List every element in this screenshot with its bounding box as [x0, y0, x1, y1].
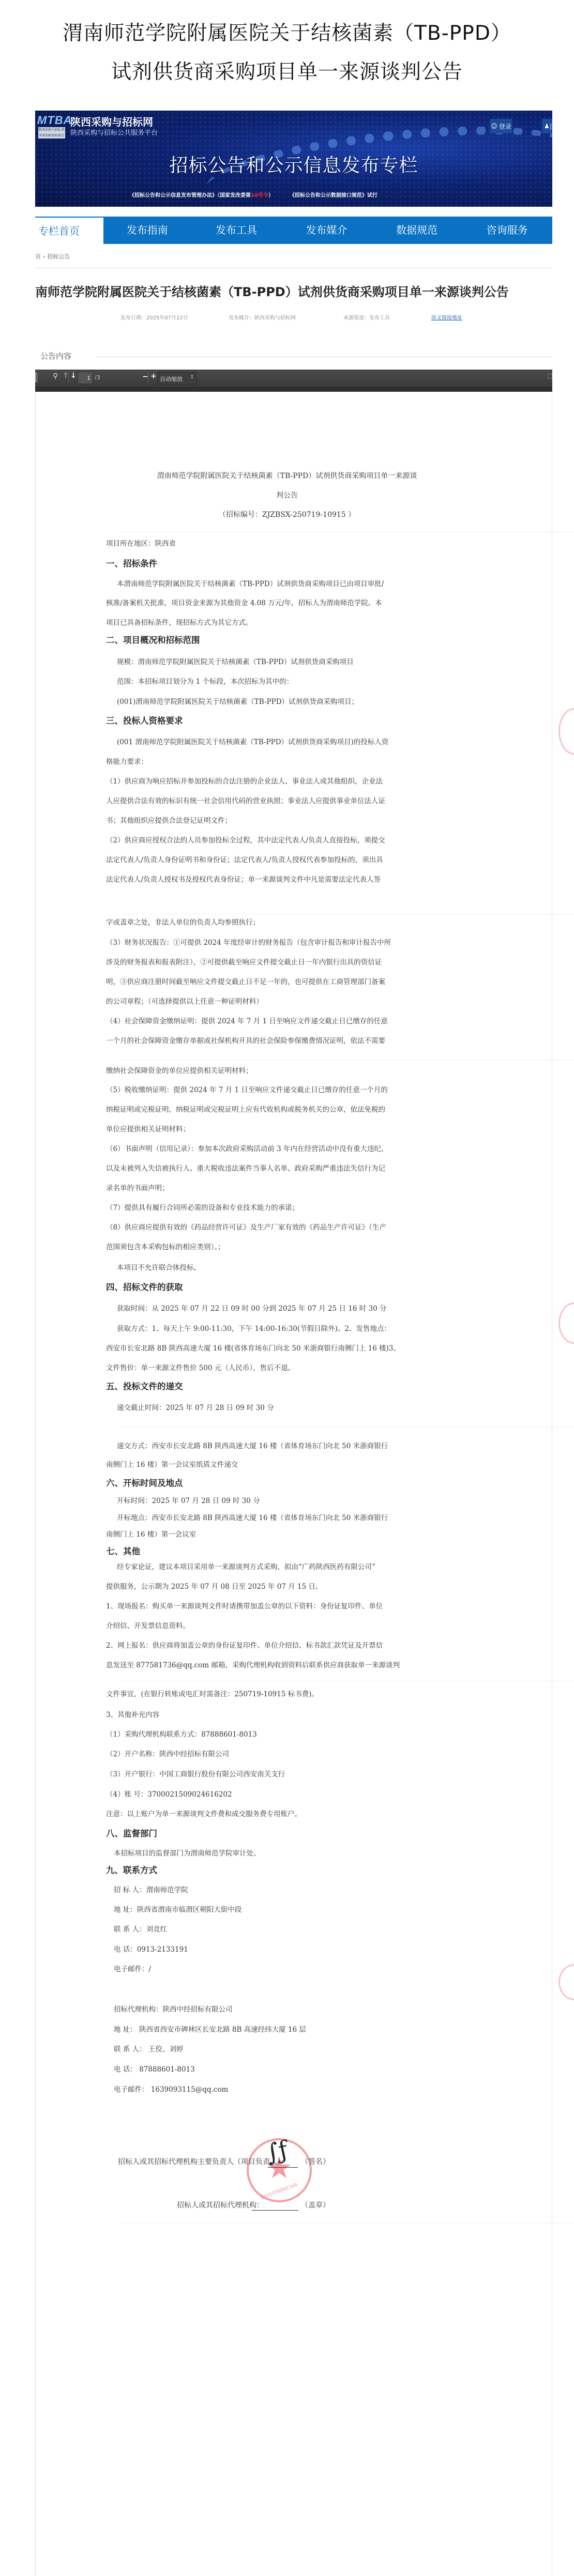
nav-item-tools[interactable]: 发布工具	[191, 217, 282, 244]
seal-suffix: （盖章）	[301, 2200, 330, 2210]
doc-paragraph: 范围：本招标项目划分为 1 个标段，本次招标为其中的：	[117, 676, 293, 686]
select-caret-icon: ↕	[190, 375, 194, 380]
divider	[35, 268, 552, 268]
regulation-link[interactable]: 《招标公告和公示信息发布管理办法》（国家发改委第10号令）	[129, 193, 274, 198]
site-banner: MTBA 陕西采购与招标 陕西省招标投标协会 陕西采购与招标网 陕西采购与招标公…	[35, 111, 552, 207]
doc-paragraph: 文件事宜，(在银行转账或电汇时需备注：250719-10915 标书费)。	[106, 1688, 319, 1698]
doc-paragraph: 本渭南师范学院附属医院关于结核菌素（TB-PPD）试剂供货商采购项目已由项目审批…	[117, 578, 384, 588]
doc-paragraph: 法定代表人/负责人授权书及授权代表身份证；单一来源谈判文件中凡是需要法定代表人签	[106, 873, 381, 884]
page-break	[119, 531, 574, 532]
doc-paragraph: 获取时间：从 2025 年 07 月 22 日 09 时 00 分到 2025 …	[117, 1302, 386, 1313]
article-title: 南师范学院附属医院关于结核菌素（TB-PPD）试剂供货商采购项目单一来源谈判公告	[35, 282, 552, 300]
doc-paragraph: 涉及的财务报表和报表附注），②可提供截至响应文件提交截止日一年内银行出具的资信证	[106, 956, 382, 967]
logo-mark: MTBA	[37, 114, 72, 127]
doc-paragraph: 字或盖章之处，非法人单位的负责人均参照执行；	[106, 916, 260, 927]
doc-paragraph: 递交方式：西安市长安北路 8B 陕西高速大厦 16 楼（省体育场东门向北 50 …	[117, 1440, 388, 1450]
doc-paragraph: 南侧门上 16 楼）第一会议室	[106, 1528, 196, 1539]
doc-paragraph: (001)渭南师范学院附属医院关于结核菌素（TB-PPD）试剂供货商采购项目；	[117, 696, 358, 706]
nav-item-data-spec[interactable]: 数据规范	[372, 217, 462, 244]
doc-heading-3: 三、投标人资格要求	[106, 714, 183, 726]
nav-item-media[interactable]: 发布媒介	[281, 217, 372, 244]
breadcrumb-separator: ›	[43, 253, 45, 260]
doc-paragraph: 录名单的书面声明；	[106, 1182, 169, 1192]
doc-paragraph: 获取方式：1、每天上午 9:00-11:30，下午 14:00-16:30(节假…	[117, 1323, 391, 1333]
doc-paragraph: 文件售价：单一来源文件售价 500 元（人民币），售后不退。	[106, 1362, 295, 1372]
contact-owner-address: 地 址：陕西省渭南市临渭区朝阳大街中段	[114, 1904, 241, 1914]
banner-title: 招标公告和公示信息发布专栏	[35, 151, 552, 177]
page-title-line2: 试剂供货商采购项目单一来源谈判公告	[0, 56, 574, 85]
doc-paragraph: 书；其他组织应提供合法登记证明文件；	[106, 815, 232, 825]
doc-paragraph: （8）供应商应提供有效的《药品经营许可证》及生产厂家有效的《药品生产许可证》（生…	[106, 1221, 386, 1232]
doc-paragraph: 纳税证明或完税证明，纳税证明或完税证明上应有代收机构或税务机关的公章，依法免税的	[106, 1103, 385, 1114]
doc-title-line2: 判公告	[0, 490, 574, 500]
doc-paragraph: 项目已具备招标条件，现招标方式为其它方式。	[106, 617, 253, 627]
doc-paragraph: 法定代表人/负责人身份证明书和身份证；法定代表人/负责人授权代表参加投标的，须出…	[106, 854, 383, 864]
page-break	[119, 914, 574, 914]
doc-paragraph: 2、网上报名：供应商将加盖公章的身份证复印件、单位介绍信、标书款汇款凭证及开票信	[106, 1639, 383, 1650]
section-divider	[96, 357, 552, 357]
logo-subtitle: 陕西采购与招标 陕西省招标投标协会	[38, 127, 65, 139]
doc-paragraph: 格能力要求：	[106, 756, 148, 766]
breadcrumb: 页›招标公告	[35, 252, 70, 260]
doc-paragraph: 本招标项目的监督部门为渭南师范学院审计处。	[114, 1847, 261, 1858]
doc-paragraph: 单位应提供相关证明材料；	[106, 1123, 190, 1133]
partial-seal-edge	[558, 708, 574, 755]
doc-paragraph: 南侧门上 16 楼）第一会议室纸质文件递交	[106, 1459, 238, 1469]
page-title-line1: 渭南师范学院附属医院关于结核菌素（TB-PPD）	[0, 17, 574, 46]
doc-heading-4: 四、招标文件的获取	[106, 1280, 183, 1293]
contact-agent: 招标代理机构：陕西中经招标有限公司	[114, 2003, 233, 2014]
doc-paragraph: （6）书面声明（信用记录）：参加本次政府采购活动前 3 年内在经营活动中没有重大…	[106, 1143, 388, 1153]
sidebar-toggle-icon[interactable]	[35, 373, 37, 382]
fullscreen-icon[interactable]: ⛶	[548, 373, 552, 380]
signature-underline	[268, 2167, 298, 2168]
doc-paragraph: （5）税收缴纳证明：提供 2024 年 7 月 1 日至响应文件递交截止日已缴存…	[106, 1084, 388, 1094]
doc-heading-5: 五、投标文件的递交	[106, 1379, 183, 1392]
page-break	[119, 2222, 574, 2223]
section-label: 公告内容	[40, 350, 71, 361]
site-logo[interactable]: MTBA 陕西采购与招标 陕西省招标投标协会	[37, 114, 66, 139]
nav-item-guide[interactable]: 发布指南	[103, 217, 191, 244]
doc-paragraph: （1）采购代理机构联系方式：87888601-8013	[106, 1728, 257, 1739]
seal-underline	[252, 2210, 298, 2211]
user-circle-icon: ☺	[491, 122, 497, 130]
doc-title-line1: 渭南师范学院附属医院关于结核菌素（TB-PPD）试剂供货商采购项目单一来源谈	[0, 470, 574, 481]
nav-item-consulting[interactable]: 咨询服务	[462, 217, 552, 244]
contact-agent-phone: 电 话： 87888601-8013	[114, 2063, 195, 2074]
pdf-toolbar: ⚲ ↑ ↓ 1 /3 − + 自动缩放 ↕ ⛶	[35, 370, 552, 387]
zoom-select[interactable]: 自动缩放 ↕	[158, 372, 197, 385]
register-label: 注	[550, 122, 552, 131]
partial-seal-edge	[558, 1964, 574, 2000]
login-label: 登录	[499, 122, 511, 131]
main-nav: 专栏首页 发布指南 发布工具 发布媒介 数据规范 咨询服务	[35, 217, 552, 244]
doc-paragraph: 西安市长安北路 8B 陕西高速大厦 16 楼(省体育场东门向北 50 米浙商银行…	[106, 1342, 400, 1353]
page-break	[119, 1427, 574, 1427]
breadcrumb-home[interactable]: 页	[35, 253, 41, 260]
page-break	[119, 1060, 574, 1060]
doc-paragraph: （4）社会保障资金缴纳证明：提供 2024 年 7 月 1 日至响应文件递交截止…	[106, 1015, 388, 1025]
doc-paragraph: 范围须包含本采购包标的相应类别）。；	[106, 1241, 225, 1251]
doc-paragraph: 开标时间：2025 年 07 月 28 日 09 时 30 分	[117, 1495, 260, 1505]
signature-suffix: （签名）	[301, 2156, 330, 2167]
doc-heading-1: 一、招标条件	[106, 557, 157, 569]
contact-agent-person: 联 系 人： 王佼、刘婷	[114, 2043, 183, 2053]
doc-paragraph: 经专家论证，建议本项目采用单一来源谈判方式采购，拟由“广药陕西医药有限公司”	[117, 1561, 375, 1571]
regulation-link-highlight: 10号令	[251, 193, 268, 198]
doc-paragraph: （3）财务状况报告：①可提供 2024 年度经审计的财务报告（包含审计报告和审计…	[106, 937, 391, 947]
doc-paragraph: (001 渭南师范学院附属医院关于结核菌素（TB-PPD）试剂供货商采购项目)的…	[117, 736, 388, 746]
page-number-input[interactable]: 1	[78, 372, 93, 384]
doc-paragraph: 人应提供合法有效的标识有统一社会信用代码的营业执照；事业法人应提供事业单位法人证	[106, 795, 385, 805]
contact-agent-address: 地 址： 陕西省西安市碑林区长安北路 8B 高速经纬大厦 16 层	[114, 2023, 306, 2034]
zoom-select-value: 自动缩放	[160, 376, 183, 382]
zoom-in-icon[interactable]: +	[150, 372, 157, 380]
doc-region: 项目所在地区：陕西省	[106, 538, 176, 548]
doc-paragraph: 注意：以上账户为单一来源谈判文件费和成交服务费专用账户。	[106, 1808, 301, 1818]
doc-paragraph: （7）提供具有履行合同所必需的设备和专业技术能力的承诺；	[106, 1202, 299, 1212]
page-break	[119, 1681, 574, 1681]
site-subtitle: 陕西采购与招标公共服务平台	[70, 127, 158, 137]
doc-paragraph: 明，③供应商注册时间截至响应文件提交截止日不足一年的，也可提供在工商管理部门备案	[106, 976, 385, 986]
doc-paragraph: 介绍信、开发票信息资料。	[106, 1620, 190, 1630]
register-button[interactable]: ♟ 注	[542, 119, 552, 133]
doc-paragraph: 以及未被列入失信被执行人、重大税收违法案件当事人名单、政府采购严重违法失信行为记	[106, 1162, 385, 1173]
doc-heading-8: 八、监督部门	[106, 1827, 157, 1839]
doc-paragraph: （3）开户银行：中国工商银行股份有限公司西安南关支行	[106, 1768, 285, 1778]
doc-paragraph: 提供服务，公示期为 2025 年 07 月 08 日至 2025 年 07 月 …	[106, 1581, 322, 1591]
doc-paragraph: 规模：渭南师范学院附属医院关于结核菌素（TB-PPD）试剂供货商采购项目	[117, 656, 354, 666]
banner-links: 《招标公告和公示信息发布管理办法》（国家发改委第10号令） 《招标公告和公示数据…	[129, 191, 377, 198]
doc-paragraph: 1、现场报名：购买单一来源谈判文件时请携带加盖公章的以下资料：身份证复印件、单位	[106, 1600, 383, 1611]
zoom-out-icon[interactable]: −	[142, 373, 148, 381]
regulation-link-suffix: ）	[268, 193, 274, 198]
publish-date: 发布日期：2025年07月22日	[120, 313, 188, 321]
seal-line-label: 招标人或其招标代理机构：	[177, 2200, 264, 2210]
doc-heading-6: 六、开标时间及地点	[106, 1476, 183, 1489]
original-link[interactable]: 原文链接地址	[431, 313, 462, 321]
doc-heading-7: 七、其他	[106, 1544, 140, 1557]
doc-paragraph: （4）账 号：3700021509024616202	[106, 1788, 232, 1799]
login-button[interactable]: ☺ 登录	[490, 119, 512, 133]
contact-owner-email: 电子邮件：/	[114, 1963, 151, 1973]
breadcrumb-current[interactable]: 招标公告	[47, 253, 70, 260]
partial-seal-edge	[558, 1302, 574, 1344]
search-icon[interactable]: ⚲	[53, 372, 58, 380]
doc-paragraph: （2）供应商应授权合法的人员参加投标全过程，其中法定代表人/负责人直接投标，须提…	[106, 834, 385, 845]
next-page-icon[interactable]: ↓	[70, 372, 77, 380]
contact-owner-person: 联 系 人：刘竞红	[114, 1923, 167, 1934]
contact-owner-phone: 电 话：0913-2133191	[114, 1943, 188, 1954]
doc-paragraph: 一个月的社会保障资金缴存单据或社保机构开具的社会保险参保缴费情况证明，依法不需要	[106, 1035, 385, 1045]
regulation-link-text: 《招标公告和公示信息发布管理办法》（国家发改委第	[129, 193, 251, 198]
doc-paragraph: 3、其他补充内容	[106, 1709, 159, 1719]
doc-paragraph: 开标地点：西安市长安北路 8B 陕西高速大厦 16 楼（省体育场东门向北 50 …	[117, 1512, 388, 1522]
doc-paragraph: 缴纳社会保障资金的单位应提供相关证明材料；	[106, 1065, 253, 1075]
data-spec-link[interactable]: 《招标公告和公示数据接口规范》试行	[290, 193, 377, 198]
contact-agent-email: 电子邮件： 1639093115@qq.com	[114, 2083, 228, 2094]
previous-page-icon[interactable]: ↑	[63, 372, 69, 380]
doc-paragraph: 核准/备案机关批准，项目资金来源为其他资金 4.08 万元/年，招标人为渭南师范…	[106, 597, 382, 607]
toolbar-separator	[68, 373, 69, 383]
doc-paragraph: 的公司章程；（可选择提供以上任意一种证明材料）	[106, 995, 263, 1006]
doc-heading-9: 九、联系方式	[106, 1863, 157, 1876]
toolbar-separator	[148, 373, 148, 383]
site-name: 陕西采购与招标网	[70, 114, 153, 129]
contact-owner: 招 标 人：渭南师范学院	[114, 1884, 188, 1894]
nav-item-home[interactable]: 专栏首页	[35, 217, 103, 244]
page-total: /3	[95, 374, 100, 381]
doc-paragraph: 递交截止时间：2025 年 07 月 28 日 09 时 30 分	[117, 1402, 274, 1412]
source-channel: 来源渠道：发布工具	[343, 313, 390, 321]
signature-line-label: 招标人或其招标代理机构主要负责人（项目负责人）：	[118, 2156, 288, 2167]
doc-paragraph: 息发送至 877581736@qq.com 邮箱，采购代理机构收到资料后联系供应…	[106, 1659, 400, 1669]
doc-bid-number: （招标编号：ZJZBSX-250719-10915 ）	[0, 509, 574, 519]
user-icon: ♟	[544, 122, 550, 130]
doc-paragraph: 本项目不允许联合体投标。	[117, 1262, 201, 1272]
publish-media: 发布媒介：陕西采购与招标网	[229, 313, 296, 321]
pdf-toolbar-shadow	[35, 387, 552, 392]
doc-paragraph: （1）供应商为响应招标并参加投标的合法注册的企业法人、事业法人或其他组织。企业法	[106, 775, 383, 786]
doc-paragraph: （2）开户名称：陕西中经招标有限公司	[106, 1748, 229, 1758]
doc-heading-2: 二、项目概况和招标范围	[106, 633, 200, 646]
